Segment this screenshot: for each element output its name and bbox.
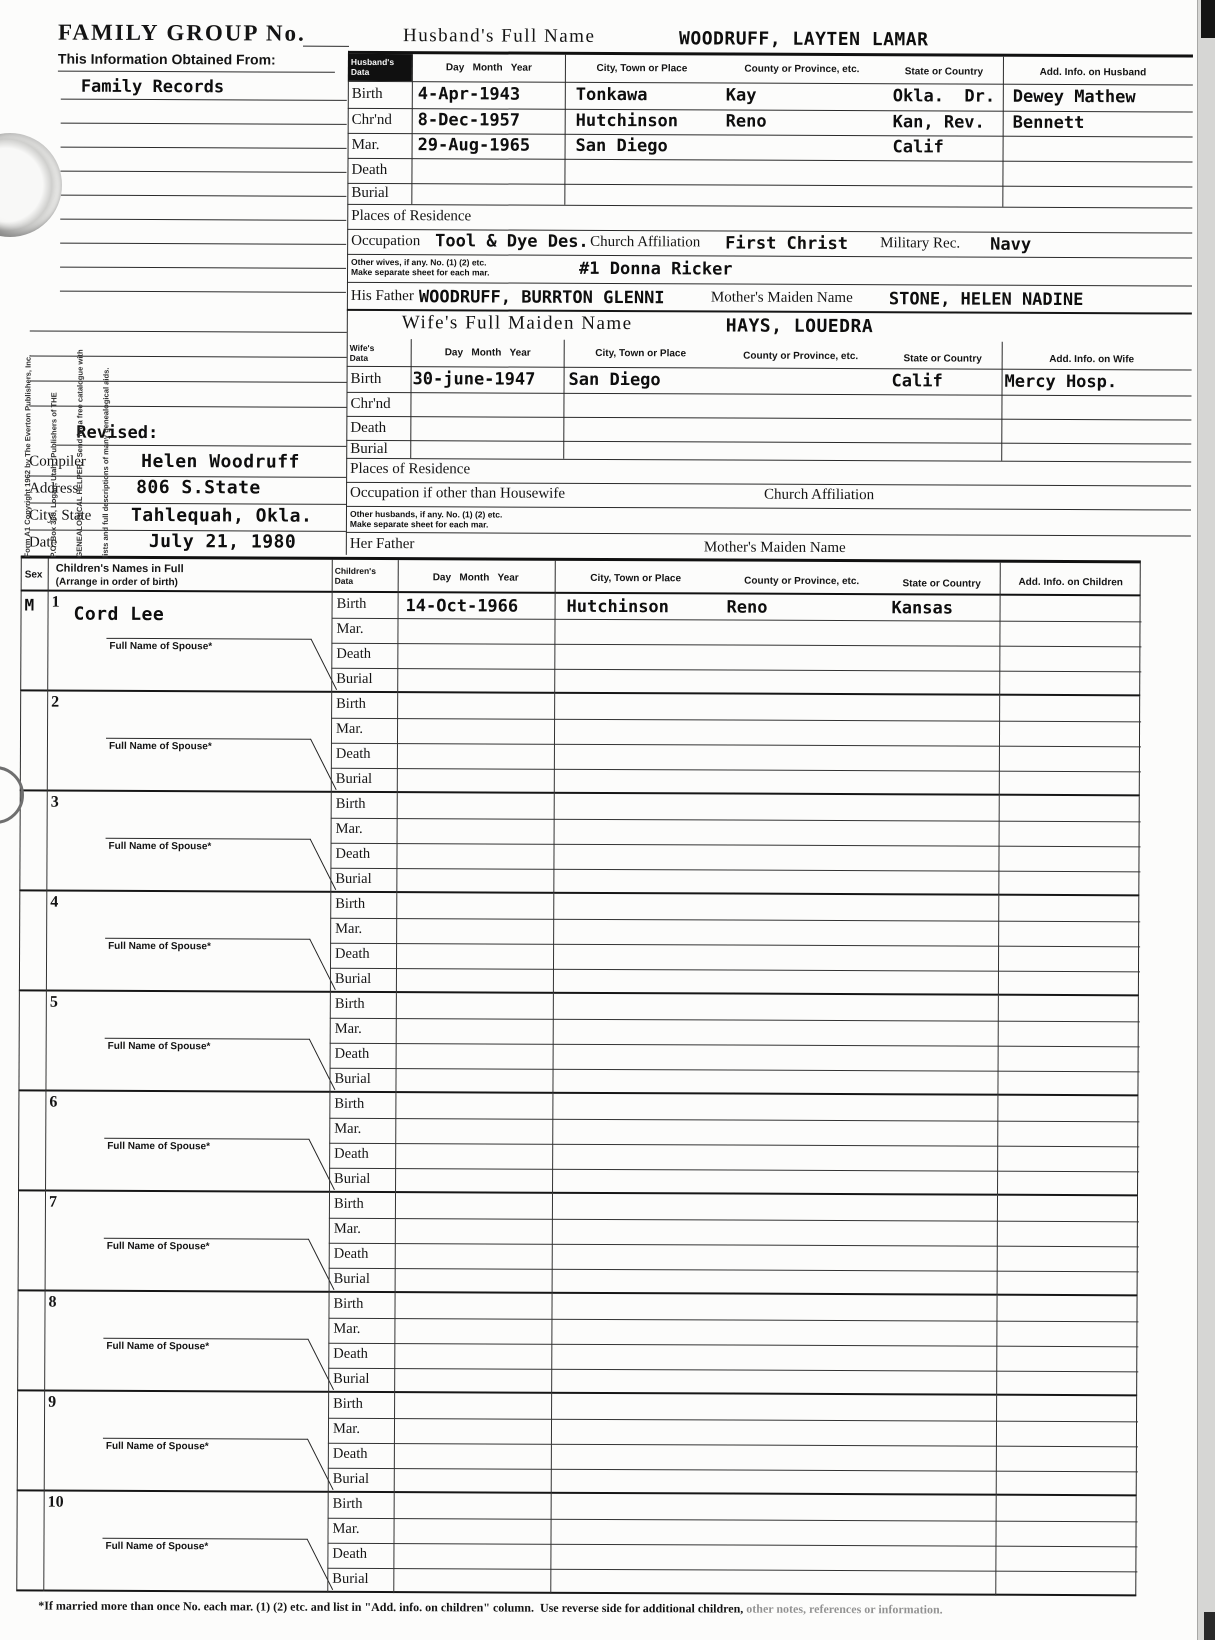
row-label-birth: Birth	[336, 796, 366, 813]
row-label-marriage: Mar.	[333, 1521, 360, 1538]
spouse-name-line	[103, 1538, 308, 1540]
side-note-line2: P.O. Box 368, Logan, Utah. Publishers of…	[50, 276, 60, 558]
row-label-marriage: Mar.	[333, 1321, 360, 1338]
row-label-marriage: Mar.	[336, 821, 363, 838]
rule-line	[327, 1543, 1137, 1548]
scan-edge-black-mark-bottom	[1204, 1612, 1215, 1640]
spouse-name-label: Full Name of Spouse*	[108, 1041, 211, 1052]
blank-line	[61, 147, 347, 149]
spouse-name-line	[104, 1138, 309, 1140]
sex-column-header: Sex	[25, 569, 43, 580]
occupation-label: Occupation if other than Housewife	[350, 485, 565, 503]
husband-data-box-line1: Husband's	[351, 57, 394, 67]
husband-data-box: Husband's Data	[348, 54, 412, 81]
mothers-maiden-name-label: Mother's Maiden Name	[704, 539, 846, 557]
occupation-label: Occupation	[351, 233, 420, 250]
rule-line	[329, 1118, 1139, 1123]
spouse-name-label: Full Name of Spouse*	[109, 641, 212, 652]
child-number: 1	[52, 594, 60, 612]
rule-line	[1000, 563, 1001, 596]
row-label: Birth	[352, 86, 383, 103]
rule-line	[58, 71, 335, 73]
col-header-addinfo: Add. Info. on Children	[1018, 577, 1122, 588]
rule-line	[330, 943, 1140, 948]
rule-line	[328, 1318, 1138, 1323]
spouse-name-label: Full Name of Spouse*	[106, 1341, 209, 1352]
his-father-label: His Father	[351, 288, 414, 305]
other-wives-note-line2: Make separate sheet for each mar.	[351, 267, 489, 278]
rule-line	[329, 1243, 1139, 1248]
row-label-birth: Birth	[334, 1196, 364, 1213]
mothers-maiden-name-value: STONE, HELEN NADINE	[889, 289, 1084, 310]
children-names-header-line2: (Arrange in order of birth)	[56, 577, 178, 589]
col-header-city: City, Town or Place	[595, 348, 686, 359]
col-header-date: Day Month Year	[445, 347, 531, 358]
scan-edge-black-mark	[1201, 0, 1215, 38]
row-label-birth: Birth	[334, 1096, 364, 1113]
row-label-birth: Birth	[337, 596, 367, 613]
row-label-death: Death	[334, 1146, 369, 1163]
birth-date: 4-Apr-1943	[418, 84, 520, 104]
birth-state: Okla. Dr.	[893, 86, 995, 106]
footnote: *If married more than once No. each mar.…	[38, 1599, 943, 1618]
spouse-name-label: Full Name of Spouse*	[109, 741, 212, 752]
rule-line	[328, 1518, 1138, 1523]
wife-father-row: Her Father Mother's Maiden Name	[346, 532, 1191, 559]
col-header-date: Day Month Year	[446, 62, 532, 73]
city-state-value: Tahlequah, Okla.	[131, 505, 312, 527]
rule-line	[303, 46, 349, 47]
rule-line	[45, 1092, 46, 1192]
col-header-addinfo: Add. Info. on Husband	[1040, 67, 1147, 78]
wife-name-value: HAYS, LOUEDRA	[726, 316, 873, 338]
chrnd-date: 8-Dec-1957	[418, 110, 520, 130]
wife-data-box-line1: Wife's	[350, 343, 375, 353]
col-header-date: Day Month Year	[433, 572, 519, 583]
military-record-value: Navy	[990, 235, 1031, 255]
side-note-line3: GENEALOGICAL HELPER. Send for a free cat…	[76, 276, 86, 558]
child-record: M 1 Cord Lee Full Name of Spouse* Birth …	[20, 591, 1140, 696]
blank-line	[60, 267, 346, 269]
children-data-box-line2: Data	[335, 576, 353, 586]
row-label-birth: Birth	[333, 1396, 363, 1413]
col-header-state: State or Country	[903, 353, 981, 364]
rule-line	[327, 1568, 1137, 1573]
rule-line	[331, 718, 1141, 723]
row-label-marriage: Mar.	[336, 621, 363, 638]
diagonal-line	[309, 1039, 336, 1090]
diagonal-line	[310, 839, 337, 890]
child-record: 7 Full Name of Spouse* Birth Mar. Death …	[18, 1191, 1138, 1296]
spouse-name-line	[106, 838, 311, 840]
rule-line	[330, 968, 1140, 973]
side-note-line4: lists and full descriptions of many gene…	[101, 276, 111, 558]
row-label-burial: Burial	[335, 971, 371, 988]
child-number: 3	[51, 794, 59, 812]
rule-line	[331, 743, 1141, 748]
row-label-marriage: Mar.	[334, 1121, 361, 1138]
col-header-county: County or Province, etc.	[743, 351, 858, 363]
rule-line	[47, 692, 48, 792]
spouse-name-line	[105, 938, 310, 940]
copyright-side-note: Form A1 Copyright 1962 by The Everton Pu…	[7, 275, 129, 558]
col-header-county: County or Province, etc.	[744, 576, 859, 588]
wife-data-box-line2: Data	[350, 353, 368, 363]
marriage-city: San Diego	[576, 136, 668, 156]
places-of-residence-label: Places of Residence	[350, 461, 470, 479]
obtained-from-label: This Information Obtained From:	[58, 51, 276, 68]
diagonal-line	[308, 1139, 335, 1190]
row-label-marriage: Mar.	[335, 921, 362, 938]
spouse-name-label: Full Name of Spouse*	[107, 1241, 210, 1252]
child-number: 6	[49, 1094, 57, 1112]
children-names-header-line1: Children's Names in Full	[56, 563, 184, 576]
footnote-faded: other notes, references or information.	[743, 1602, 942, 1617]
scan-edge-strip	[1197, 0, 1215, 1640]
row-label-death: Death	[336, 746, 371, 763]
birth-addinfo: Dewey Mathew	[1013, 87, 1136, 108]
husband-name-label: Husband's Full Name	[403, 25, 595, 48]
rule-line	[329, 1143, 1139, 1148]
rule-line	[331, 668, 1141, 673]
spouse-name-label: Full Name of Spouse*	[105, 1541, 208, 1552]
form-title: FAMILY GROUP No.	[58, 20, 306, 47]
rule-line	[328, 1418, 1138, 1423]
birth-city: San Diego	[569, 370, 661, 390]
row-label-birth: Birth	[335, 996, 365, 1013]
blank-line	[61, 123, 347, 125]
her-father-label: Her Father	[350, 536, 415, 553]
row-label-marriage: Mar.	[333, 1421, 360, 1438]
col-header-city: City, Town or Place	[590, 573, 681, 584]
rule-line	[48, 559, 49, 592]
blank-line	[60, 195, 346, 197]
child-number: 8	[48, 1294, 56, 1312]
row-label: Burial	[350, 441, 388, 458]
children-rows: M 1 Cord Lee Full Name of Spouse* Birth …	[16, 591, 1140, 1596]
row-label-burial: Burial	[333, 1471, 369, 1488]
row-label-death: Death	[334, 1246, 369, 1263]
rule-line	[328, 1443, 1138, 1448]
rule-line	[329, 1268, 1139, 1273]
child-record: 2 Full Name of Spouse* Birth Mar. Death …	[20, 691, 1140, 796]
birth-addinfo: Mercy Hosp.	[1005, 372, 1118, 392]
rule-line	[47, 592, 48, 692]
diagonal-line	[307, 1439, 334, 1490]
husband-father-row: His Father WOODRUFF, BURRTON GLENNI Moth…	[347, 282, 1192, 315]
child-number: 2	[51, 694, 59, 712]
row-label-burial: Burial	[332, 1571, 368, 1588]
rule-line	[330, 868, 1140, 873]
rule-line	[332, 560, 333, 593]
child-birth-date: 14-Oct-1966	[406, 596, 519, 616]
birth-state: Calif	[892, 371, 943, 391]
children-data-box-line1: Children's	[335, 566, 376, 576]
blank-line	[60, 171, 346, 173]
chrnd-addinfo: Bennett	[1013, 113, 1085, 133]
row-label-death: Death	[336, 646, 371, 663]
obtained-from-value: Family Records	[81, 77, 224, 98]
husband-name-value: WOODRUFF, LAYTEN LAMAR	[679, 28, 929, 50]
col-header-state: State or Country	[902, 578, 980, 589]
spouse-name-label: Full Name of Spouse*	[107, 1141, 210, 1152]
other-wives-value: #1 Donna Ricker	[579, 259, 733, 280]
child-number: 7	[49, 1194, 57, 1212]
child-record: 8 Full Name of Spouse* Birth Mar. Death …	[17, 1291, 1137, 1396]
blank-line	[60, 219, 346, 221]
spouse-name-label: Full Name of Spouse*	[108, 941, 211, 952]
row-label-marriage: Mar.	[336, 721, 363, 738]
diagonal-line	[311, 639, 338, 690]
row-label-burial: Burial	[336, 771, 372, 788]
child-record: 5 Full Name of Spouse* Birth Mar. Death …	[18, 991, 1138, 1096]
other-husbands-note-line2: Make separate sheet for each mar.	[350, 519, 488, 530]
row-label: Chr'nd	[350, 396, 390, 413]
marriage-date: 29-Aug-1965	[418, 135, 531, 155]
spouse-name-label: Full Name of Spouse*	[108, 841, 211, 852]
diagonal-line	[309, 939, 336, 990]
diagonal-line	[308, 1239, 335, 1290]
child-name: Cord Lee	[73, 604, 164, 625]
birth-county: Kay	[726, 86, 757, 106]
child-birth-state: Kansas	[892, 598, 954, 618]
chrnd-state: Kan, Rev.	[893, 112, 985, 132]
child-number: 5	[50, 994, 58, 1012]
rule-line	[330, 918, 1140, 923]
birth-city: Tonkawa	[576, 85, 648, 105]
row-label-burial: Burial	[336, 671, 372, 688]
rule-line	[331, 643, 1141, 648]
rule-line	[331, 843, 1141, 848]
church-affiliation-label: Church Affiliation	[590, 234, 700, 251]
military-record-label: Military Rec.	[880, 235, 960, 252]
children-header: Sex Children's Names in Full (Arrange in…	[21, 555, 1141, 596]
col-header-addinfo: Add. Info. on Wife	[1049, 354, 1134, 365]
rule-line	[331, 818, 1141, 823]
husband-table: Husband's Data Day Month Year City, Town…	[347, 51, 1193, 313]
rule-line	[555, 561, 556, 594]
rule-line	[328, 1368, 1138, 1373]
row-label-death: Death	[335, 946, 370, 963]
rule-line	[61, 99, 347, 101]
rule-line	[329, 1168, 1139, 1173]
other-wives-note-line1: Other wives, if any. No. (1) (2) etc.	[351, 257, 486, 268]
husband-data-box-line2: Data	[351, 67, 369, 77]
marriage-state: Calif	[893, 137, 944, 157]
child-record: 4 Full Name of Spouse* Birth Mar. Death …	[19, 891, 1139, 996]
spouse-name-line	[105, 1038, 310, 1040]
scanned-paper: FAMILY GROUP No. Husband's Full Name WOO…	[0, 0, 1215, 1640]
child-record: 9 Full Name of Spouse* Birth Mar. Death …	[17, 1391, 1137, 1496]
row-label: Death	[351, 162, 387, 179]
mothers-maiden-name-label: Mother's Maiden Name	[711, 289, 853, 307]
row-label: Mar.	[352, 137, 380, 154]
birth-date: 30-june-1947	[413, 369, 536, 390]
rule-line	[45, 1192, 46, 1292]
row-label-death: Death	[335, 846, 370, 863]
child-record: 3 Full Name of Spouse* Birth Mar. Death …	[19, 791, 1139, 896]
rule-line	[44, 1292, 45, 1392]
row-label-burial: Burial	[334, 1271, 370, 1288]
child-number: 4	[50, 894, 58, 912]
rule-line	[46, 792, 47, 892]
child-birth-county: Reno	[727, 598, 768, 618]
other-husbands-note-line1: Other husbands, if any. No. (1) (2) etc.	[350, 509, 502, 520]
row-label: Death	[350, 420, 386, 437]
spouse-name-line	[106, 638, 311, 640]
rule-line	[45, 992, 46, 1092]
his-father-value: WOODRUFF, BURRTON GLENNI	[419, 287, 665, 308]
child-sex: M	[25, 595, 35, 614]
wife-table: Wife's Data Day Month Year City, Town or…	[346, 339, 1192, 559]
col-header-county: County or Province, etc.	[744, 64, 859, 76]
church-affiliation-label: Church Affiliation	[764, 487, 874, 504]
footnote-main: *If married more than once No. each mar.…	[38, 1599, 743, 1616]
row-label-death: Death	[333, 1446, 368, 1463]
row-label-burial: Burial	[335, 871, 371, 888]
child-birth-city: Hutchinson	[567, 597, 669, 617]
row-label-birth: Birth	[336, 696, 366, 713]
rule-line	[330, 1018, 1140, 1023]
diagonal-line	[310, 739, 337, 790]
row-label: Birth	[351, 371, 382, 388]
spouse-name-line	[103, 1438, 308, 1440]
spouse-name-label: Full Name of Spouse*	[106, 1441, 209, 1452]
rule-line	[44, 1392, 45, 1492]
rule-line	[46, 892, 47, 992]
spouse-name-line	[104, 1238, 309, 1240]
rule-line	[328, 1468, 1138, 1473]
side-note-line1: Form A1 Copyright 1962 by The Everton Pu…	[24, 275, 34, 557]
row-label-death: Death	[335, 1046, 370, 1063]
family-group-sheet: FAMILY GROUP No. Husband's Full Name WOO…	[0, 0, 1215, 1640]
spouse-name-line	[103, 1338, 308, 1340]
rule-line	[329, 1218, 1139, 1223]
places-of-residence-label: Places of Residence	[351, 208, 471, 226]
child-record: 10 Full Name of Spouse* Birth Mar. Death…	[16, 1491, 1136, 1596]
rule-line	[328, 1343, 1138, 1348]
row-label-birth: Birth	[335, 896, 365, 913]
address-value: 806 S.State	[136, 477, 261, 499]
occupation-value: Tool & Dye Des.	[435, 231, 589, 252]
rule-line	[331, 768, 1141, 773]
blank-line	[60, 243, 346, 245]
child-number: 9	[48, 1394, 56, 1412]
row-label-burial: Burial	[333, 1371, 369, 1388]
row-label-burial: Burial	[334, 1171, 370, 1188]
row-label-marriage: Mar.	[334, 1221, 361, 1238]
child-record: 6 Full Name of Spouse* Birth Mar. Death …	[18, 1091, 1138, 1196]
rule-line	[332, 618, 1142, 623]
row-label-death: Death	[332, 1546, 367, 1563]
col-header-state: State or Country	[905, 66, 983, 77]
row-label-burial: Burial	[334, 1071, 370, 1088]
row-label-birth: Birth	[333, 1496, 363, 1513]
compiler-value: Helen Woodruff	[141, 451, 300, 473]
col-header-city: City, Town or Place	[597, 63, 688, 74]
church-affiliation-value: First Christ	[725, 234, 848, 255]
row-label-birth: Birth	[333, 1296, 363, 1313]
rule-line	[330, 1043, 1140, 1048]
child-number: 10	[48, 1494, 64, 1512]
rule-line	[43, 1492, 44, 1592]
rule-line	[330, 1068, 1140, 1073]
rule-line	[398, 560, 399, 593]
row-label: Chr'nd	[352, 112, 392, 129]
row-label: Burial	[351, 185, 389, 202]
date-value: July 21, 1980	[149, 531, 296, 553]
diagonal-line	[307, 1339, 334, 1390]
wife-name-label: Wife's Full Maiden Name	[402, 312, 633, 335]
diagonal-line	[307, 1539, 334, 1590]
chrnd-city: Hutchinson	[576, 111, 678, 131]
row-label-death: Death	[333, 1346, 368, 1363]
chrnd-county: Reno	[726, 112, 767, 132]
spouse-name-line	[106, 738, 311, 740]
row-label-marriage: Mar.	[335, 1021, 362, 1038]
